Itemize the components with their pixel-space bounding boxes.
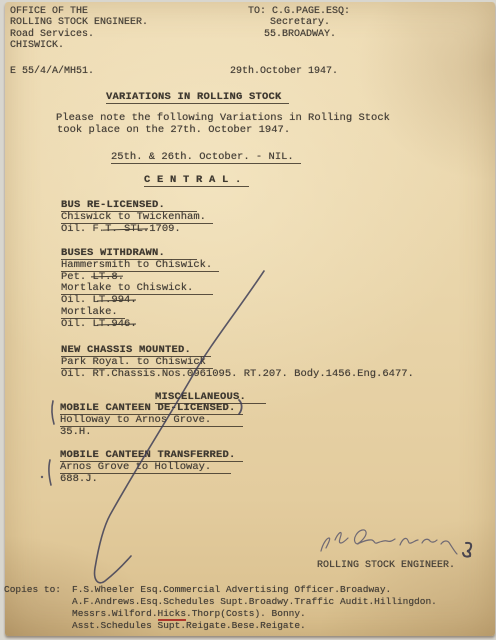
fleet-text: Oil. L <box>61 294 99 306</box>
copies-text: Messrs.Wilford. <box>72 608 158 619</box>
office-line-2: ROLLING STOCK ENGINEER. <box>10 17 148 28</box>
reference-number: E 55/4/A/MH51. <box>10 66 94 77</box>
fleet-text: .1709. <box>143 223 181 235</box>
struck-fleet-number: T.946 <box>99 318 131 330</box>
copies-line-1: F.S.Wheeler Esq.Commercial Advertising O… <box>72 584 391 595</box>
nil-line: 25th. & 26th. October. - NIL. <box>111 151 301 164</box>
scanned-memo-photo: OFFICE OF THE ROLLING STOCK ENGINEER. Ro… <box>0 0 496 640</box>
intro-line-2: took place on the 27th. October 1947. <box>57 125 290 136</box>
struck-fleet-number: T.994 <box>99 294 131 306</box>
copies-text: .Thorp(Costs). Bonny. <box>186 608 306 619</box>
fleet-text: Pet. <box>61 271 93 283</box>
signature-title: ROLLING STOCK ENGINEER. <box>317 560 455 571</box>
withdrawn-fleet-3: Oil. LT.946. <box>61 319 137 330</box>
bus-relicensed-fleet: Oil. F.T. STL.1709. <box>61 224 181 235</box>
withdrawn-fleet-2: Oil. LT.994. <box>61 295 137 306</box>
recipient-line-1: TO: C.G.PAGE.ESQ: <box>248 6 350 17</box>
fleet-text: Oil. F. <box>61 223 105 235</box>
office-line-3: Road Services. <box>10 29 94 40</box>
copies-label: Copies to: <box>4 584 61 595</box>
intro-line-1: Please note the following Variations in … <box>56 113 390 124</box>
struck-fleet-number: LT.8 <box>93 271 118 283</box>
recipient-line-3: 55.BROADWAY. <box>264 29 336 40</box>
section-central: C E N T R A L . <box>144 174 249 187</box>
canteen-transferred-fleet: 688.J. <box>60 474 98 485</box>
office-line-1: OFFICE OF THE <box>10 6 88 17</box>
copies-line-4: Asst.Schedules Supt.Reigate.Bese.Reigate… <box>72 620 306 631</box>
new-chassis-detail: Oil. RT.Chassis.Nos.0961095. RT.207. Bod… <box>61 369 414 380</box>
copies-line-2: A.F.Andrews.Esq.Schedules Supt.Broadwy.T… <box>72 596 437 607</box>
copies-line-3: Messrs.Wilford.Hicks.Thorp(Costs). Bonny… <box>72 608 306 619</box>
recipient-line-2: Secretary. <box>270 17 330 28</box>
memo-date: 29th.October 1947. <box>230 66 338 77</box>
memo-title: VARIATIONS IN ROLLING STOCK <box>106 91 289 104</box>
struck-fleet-number: T. STL <box>105 223 143 235</box>
office-line-4: CHISWICK. <box>10 40 64 51</box>
withdrawn-fleet-1: Pet. LT.8. <box>61 272 124 283</box>
fleet-text: Oil. L <box>61 318 99 330</box>
canteen-delicensed-fleet: 35.H. <box>60 427 92 438</box>
